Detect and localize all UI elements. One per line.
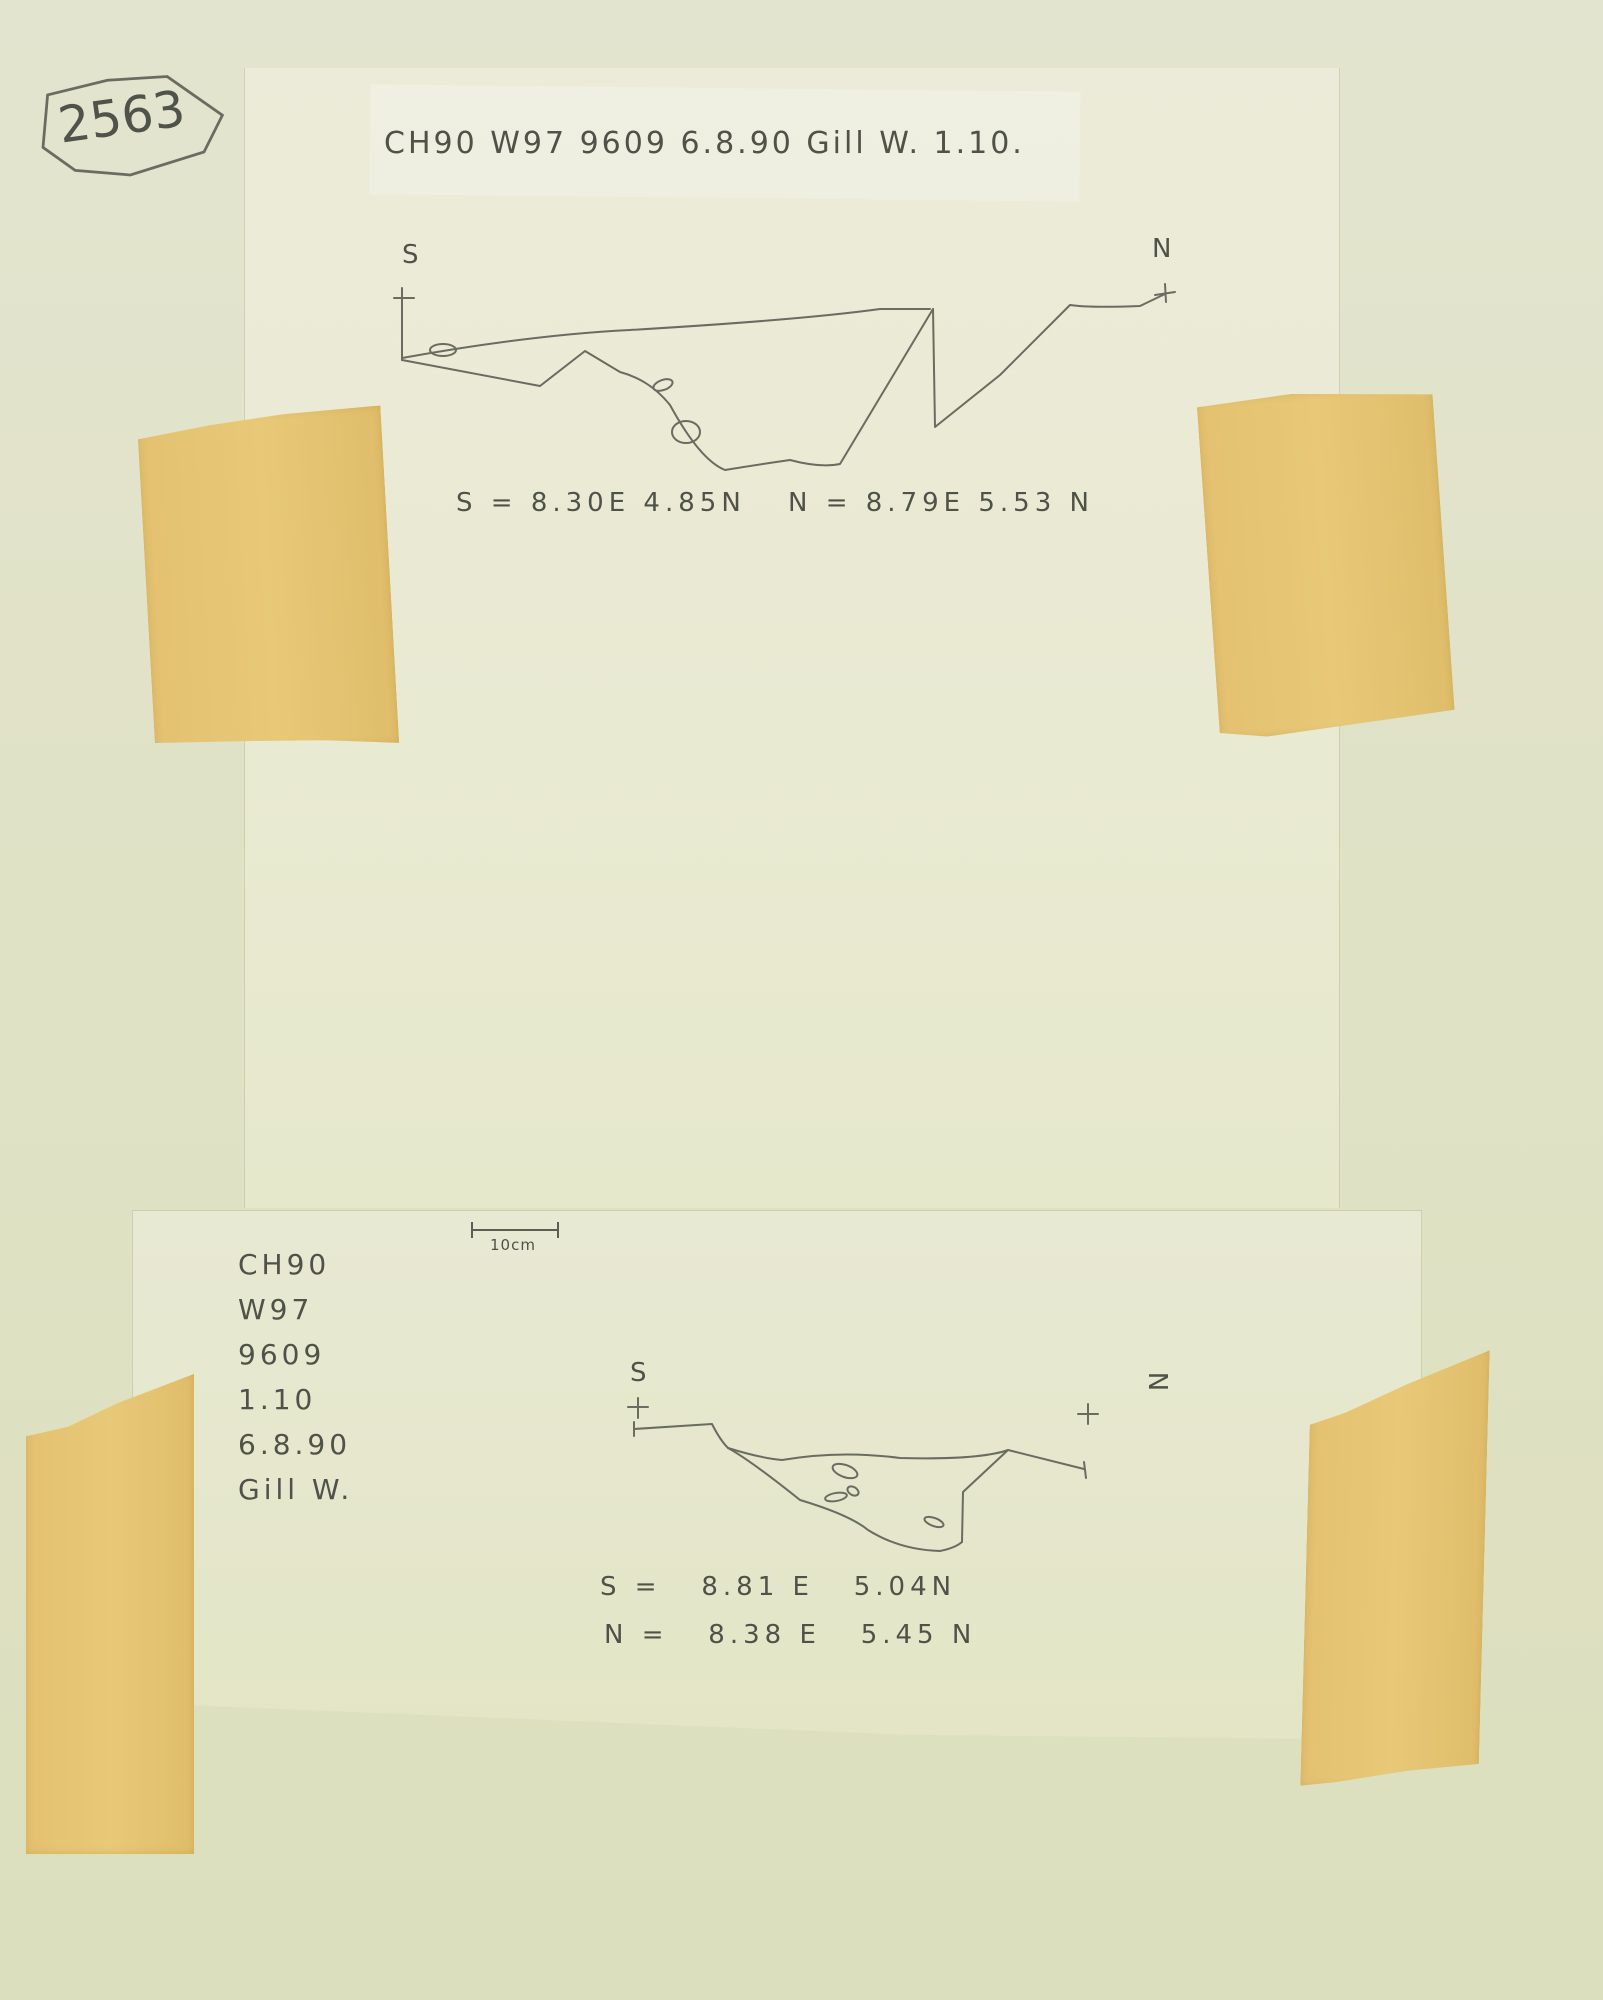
- masking-tape-top-right: [1196, 384, 1455, 740]
- bottom-coordinates-north: N = 8.38 E 5.45 N: [604, 1620, 976, 1650]
- meta-recorder: Gill W.: [238, 1473, 353, 1518]
- bottom-section-drawing: [600, 1350, 1200, 1580]
- top-north-northing: 5.53 N: [978, 488, 1094, 518]
- top-header: CH90 W97 9609 6.8.90 Gill W. 1.10.: [384, 126, 1025, 161]
- top-south-coord-label: S =: [456, 488, 518, 518]
- bottom-coordinates-south: S = 8.81 E 5.04N: [600, 1572, 956, 1602]
- bottom-north-coord-label: N =: [604, 1620, 669, 1650]
- top-section-drawing: [380, 220, 1180, 480]
- bottom-north-northing: 5.45 N: [861, 1620, 977, 1650]
- masking-tape-bottom-left: [26, 1374, 194, 1854]
- meta-area: W97: [238, 1293, 353, 1338]
- masking-tape-top-left: [137, 405, 399, 756]
- top-north-coord-label: N =: [788, 488, 853, 518]
- meta-context: 9609: [238, 1338, 353, 1383]
- meta-date: 6.8.90: [238, 1428, 353, 1473]
- top-north-easting: 8.79E: [866, 488, 965, 518]
- sheet-number-badge: 2563: [20, 60, 230, 190]
- top-coordinates-south: S = 8.30E 4.85N: [456, 488, 746, 518]
- meta-site-code: CH90: [238, 1248, 353, 1293]
- bottom-meta-list: CH90 W97 9609 1.10 6.8.90 Gill W.: [238, 1248, 353, 1518]
- meta-scale: 1.10: [238, 1383, 353, 1428]
- bottom-south-easting: 8.81 E: [701, 1572, 814, 1602]
- top-coordinates-north: N = 8.79E 5.53 N: [788, 488, 1094, 518]
- bottom-south-coord-label: S =: [600, 1572, 662, 1602]
- bottom-south-northing: 5.04N: [854, 1572, 956, 1602]
- top-south-easting: 8.30E: [531, 488, 630, 518]
- top-south-northing: 4.85N: [643, 488, 745, 518]
- scale-bar-label: 10cm: [490, 1236, 536, 1254]
- bottom-north-easting: 8.38 E: [708, 1620, 821, 1650]
